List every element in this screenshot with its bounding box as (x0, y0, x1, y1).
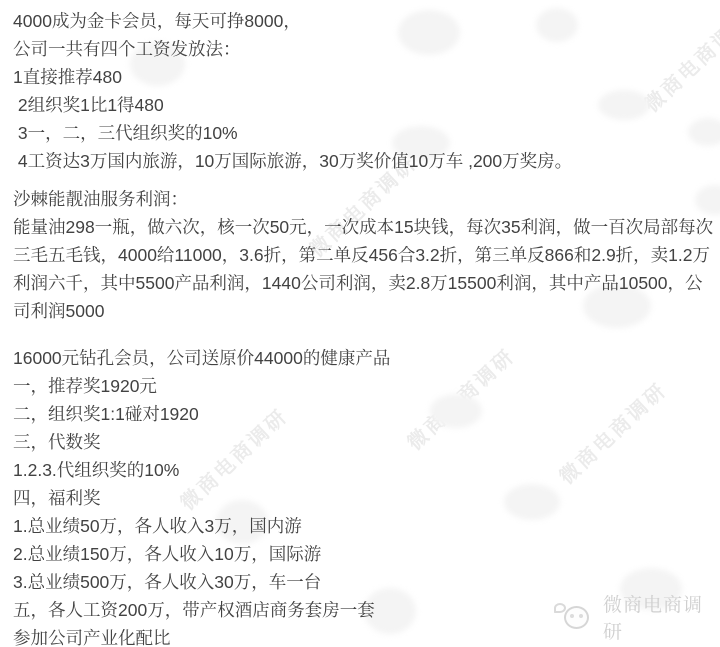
text-line: 沙棘能靓油服务利润： (13, 185, 720, 213)
text-line: 三毛五毛钱，4000给11000，3.6折，第二单反456合3.2折，第三单反8… (13, 241, 720, 269)
text-line: 4000成为金卡会员，每天可挣8000， (13, 7, 720, 35)
text-line: 能量油298一瓶，做六次，核一次50元，一次成本15块钱，每次35利润，做一百次… (13, 213, 720, 241)
text-line: 司利润5000 (13, 297, 720, 325)
text-line: 1.总业绩50万，各人收入3万，国内游 (13, 512, 720, 540)
paragraph-block: 沙棘能靓油服务利润：能量油298一瓶，做六次，核一次50元，一次成本15块钱，每… (13, 185, 720, 325)
text-line: 2.总业绩150万，各人收入10万，国际游 (13, 540, 720, 568)
text-line: 1直接推荐480 (13, 63, 720, 91)
text-line: 3一，二，三代组织奖的10% (13, 119, 720, 147)
text-line: 1.2.3.代组织奖的10% (13, 456, 720, 484)
text-line: 公司一共有四个工资发放法： (13, 35, 720, 63)
brand-name: 微商电商调研 (603, 590, 720, 644)
panda-logo-icon (553, 600, 595, 634)
text-line: 利润六千，其中5500产品利润，1440公司利润，卖2.8万15500利润，其中… (13, 269, 720, 297)
paragraph-block: 4000成为金卡会员，每天可挣8000，公司一共有四个工资发放法：1直接推荐48… (13, 7, 720, 175)
text-line: 4工资达3万国内旅游，10万国际旅游，30万奖价值10万车 ,200万奖房。 (13, 147, 720, 175)
logo-face-shape (564, 606, 589, 629)
text-line: 三，代数奖 (13, 428, 720, 456)
article-page: 微商电商调研微商电商调研微商电商调研微商电商调研微商电商调研 4000成为金卡会… (0, 0, 720, 647)
text-line: 四，福利奖 (13, 484, 720, 512)
text-line: 2组织奖1比1得480 (13, 91, 720, 119)
article-content: 4000成为金卡会员，每天可挣8000，公司一共有四个工资发放法：1直接推荐48… (13, 7, 720, 647)
text-line: 一，推荐奖1920元 (13, 372, 720, 400)
brand-watermark: 微商电商调研 (553, 599, 720, 635)
text-line: 二，组织奖1:1碰对1920 (13, 400, 720, 428)
text-line: 16000元钻孔会员，公司送原价44000的健康产品 (13, 344, 720, 372)
logo-ear-shape (554, 603, 566, 613)
